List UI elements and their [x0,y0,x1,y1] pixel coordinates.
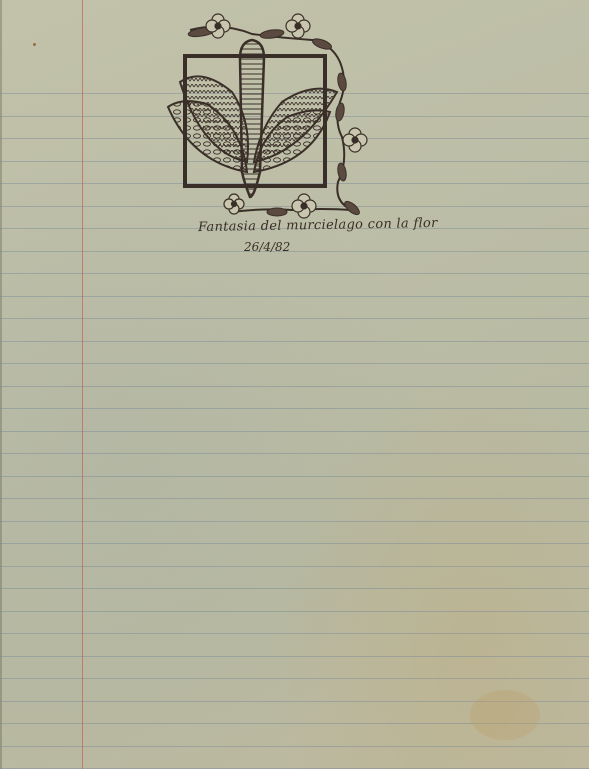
stain [470,690,540,740]
ruled-line [0,408,589,409]
artwork-caption: Fantasia del murcielago con la flor [198,216,438,235]
ruled-line [0,363,589,364]
ruled-line [0,386,589,387]
ruled-line [0,543,589,544]
ruled-line [0,746,589,747]
ruled-line [0,611,589,612]
artwork-date: 26/4/82 [244,240,290,254]
ruled-line [0,633,589,634]
ruled-line [0,273,589,274]
moth-drawing [162,12,422,224]
ruled-line [0,296,589,297]
ruled-line [0,476,589,477]
notebook-page: Fantasia del murcielago con la flor 26/4… [0,0,589,769]
margin-line [82,0,83,769]
ruled-line [0,453,589,454]
ruled-line [0,498,589,499]
ruled-line [0,318,589,319]
ruled-line [0,566,589,567]
ruled-line [0,251,589,252]
ruled-line [0,588,589,589]
ruled-line [0,656,589,657]
stain [33,43,36,46]
ruled-line [0,521,589,522]
ruled-line [0,431,589,432]
ruled-line [0,678,589,679]
ruled-line [0,341,589,342]
